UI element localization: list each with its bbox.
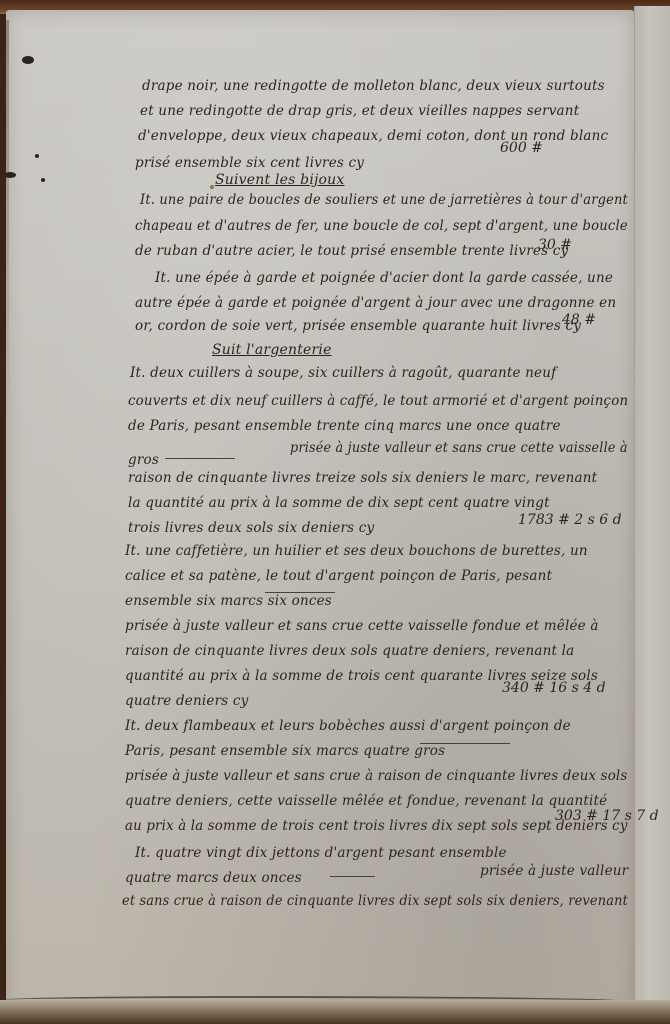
manuscript-line: Paris, pesant ensemble six marcs quatre … <box>125 743 445 759</box>
manuscript-line: quatre deniers, cette vaisselle mêlée et… <box>125 793 607 809</box>
manuscript-line: It. deux flambeaux et leurs bobèches aus… <box>125 718 571 734</box>
manuscript-line: et une redingotte de drap gris, et deux … <box>140 103 579 119</box>
manuscript-line: calice et sa patène, le tout d'argent po… <box>125 568 552 584</box>
line-filler-dash <box>265 592 335 593</box>
ink-stain <box>41 178 45 182</box>
manuscript-line: et sans crue à raison de cinquante livre… <box>122 893 628 909</box>
manuscript-line: au prix à la somme de trois cent trois l… <box>125 818 628 834</box>
manuscript-line: It. deux cuillers à soupe, six cuillers … <box>130 365 556 381</box>
amount: 30 # <box>538 237 572 253</box>
manuscript-line: or, cordon de soie vert, prisée ensemble… <box>135 318 581 334</box>
ink-stain <box>4 172 16 178</box>
manuscript-line: ensemble six marcs six onces <box>125 593 332 609</box>
manuscript-line: quatre deniers cy <box>125 693 248 709</box>
manuscript-line: de ruban d'autre acier, le tout prisé en… <box>135 243 568 259</box>
manuscript-line: drape noir, une redingotte de molleton b… <box>142 78 605 94</box>
manuscript-line: quatre marcs deux onces <box>125 870 302 886</box>
amount: 1783 # 2 s 6 d <box>518 512 622 528</box>
bottom-page-edge <box>0 1000 670 1024</box>
manuscript-line: prisée à juste valleur et sans crue cett… <box>290 440 628 456</box>
ink-stain <box>210 185 214 189</box>
section-heading-argenterie: Suit l'argenterie <box>212 342 332 358</box>
manuscript-line: It. une paire de boucles de souliers et … <box>140 192 628 208</box>
manuscript-line: raison de cinquante livres deux sols qua… <box>125 643 574 659</box>
amount: 48 # <box>562 312 596 328</box>
amount: 303 # 17 s 7 d <box>555 808 659 824</box>
manuscript-line: raison de cinquante livres treize sols s… <box>128 470 597 486</box>
manuscript-line: It. une épée à garde et poignée d'acier … <box>155 270 613 286</box>
amount: 600 # <box>500 140 543 156</box>
manuscript-line: la quantité au prix à la somme de dix se… <box>128 495 550 511</box>
manuscript-line: It. une caffetière, un huilier et ses de… <box>125 543 588 559</box>
manuscript-line: autre épée à garde et poignée d'argent à… <box>135 295 616 311</box>
manuscript-line: prisée à juste valleur et sans crue à ra… <box>125 768 627 784</box>
ink-stain <box>35 154 39 158</box>
amount: 340 # 16 s 4 d <box>502 680 606 696</box>
manuscript-line: prisée à juste valleur <box>480 863 628 879</box>
manuscript-line: gros <box>128 452 159 468</box>
line-filler-dash <box>330 876 375 877</box>
manuscript-line: couverts et dix neuf cuillers à caffé, l… <box>128 393 628 409</box>
manuscript-line: It. quatre vingt dix jettons d'argent pe… <box>135 845 507 861</box>
line-filler-dash <box>420 743 510 744</box>
line-filler-dash <box>165 458 235 459</box>
manuscript-line: chapeau et d'autres de fer, une boucle d… <box>135 218 628 234</box>
manuscript-line: prisée à juste valleur et sans crue cett… <box>125 618 599 634</box>
manuscript-line: prisé ensemble six cent livres cy <box>135 155 364 171</box>
manuscript-line: de Paris, pesant ensemble trente cinq ma… <box>128 418 561 434</box>
page-fold-shadow <box>6 20 9 420</box>
manuscript-line: trois livres deux sols six deniers cy <box>128 520 374 536</box>
adjacent-page-edge <box>634 6 670 1024</box>
section-heading-bijoux: Suivent les bijoux <box>215 172 345 188</box>
ink-stain <box>22 56 34 64</box>
